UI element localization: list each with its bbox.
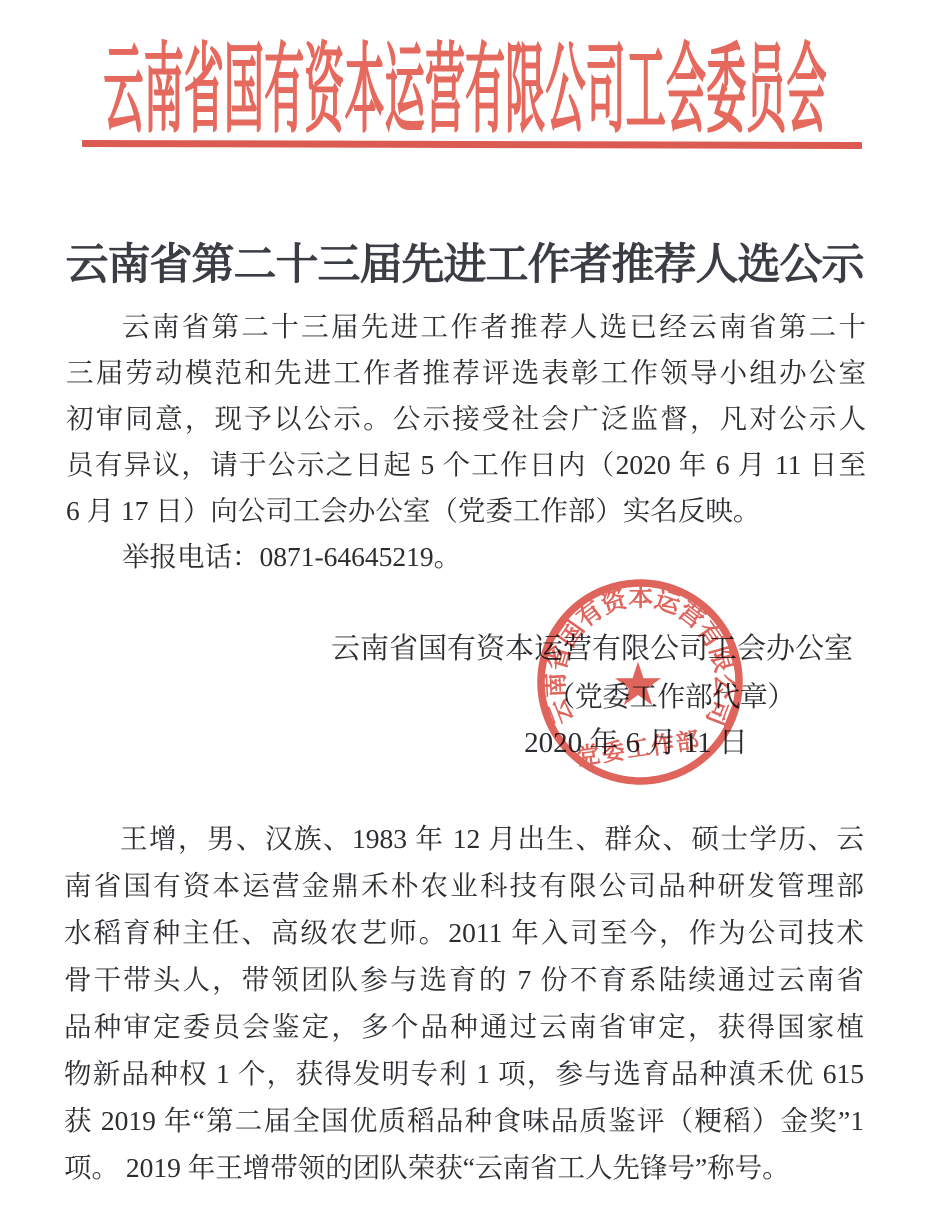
profile-paragraph: 王增，男、汉族、1983 年 12 月出生、群众、硕士学历、云 南省国有资本运营… [64,815,864,1191]
text-line: 物新品种权 1 个，获得发明专利 1 项，参与选育品种滇禾优 615 [64,1050,864,1097]
text-line: 品种审定委员会鉴定，多个品种通过云南省审定，获得国家植 [64,1003,864,1050]
notice-paragraph: 云南省第二十三届先进工作者推荐人选已经云南省第二十 三届劳动模范和先进工作者推荐… [66,304,866,580]
stamp-star-icon: ★ [611,652,665,718]
letterhead: 云南省国有资本运营有限公司工会委员会 [0,42,929,140]
text-line: 骨干带头人，带领团队参与选育的 7 份不育系陆续通过云南省 [64,956,864,1003]
document-page: 云南省国有资本运营有限公司工会委员会 云南省第二十三届先进工作者推荐人选公示 云… [0,0,929,1232]
text-line: 王增，男、汉族、1983 年 12 月出生、群众、硕士学历、云 [64,815,864,862]
text-line: 三届劳动模范和先进工作者推荐评选表彰工作领导小组办公室 [66,350,866,396]
text-line: 6 月 17 日）向公司工会办公室（党委工作部）实名反映。 [66,488,866,534]
text-line: 云南省第二十三届先进工作者推荐人选已经云南省第二十 [66,304,866,350]
text-line: 员有异议，请于公示之日起 5 个工作日内（2020 年 6 月 11 日至 [66,442,866,488]
text-line: 南省国有资本运营金鼎禾朴农业科技有限公司品种研发管理部 [64,862,864,909]
text-line: 水稻育种主任、高级农艺师。2011 年入司至今，作为公司技术 [64,909,864,956]
text-line: 获 2019 年“第二届全国优质稻品种食味品质鉴评（粳稻）金奖”1 [64,1097,864,1144]
stamp-bottom-text: 党委工作部 [575,727,702,770]
official-stamp: 云南省国有资本运营有限公司 ★ 党委工作部 [530,572,750,792]
letterhead-org-name: 云南省国有资本运营有限公司工会委员会 [103,42,826,140]
text-line: 项。 2019 年王增带领的团队荣获“云南省工人先锋号”称号。 [64,1144,864,1191]
document-title: 云南省第二十三届先进工作者推荐人选公示 [0,240,929,292]
letterhead-rule [82,140,862,149]
text-line: 初审同意，现予以公示。公示接受社会广泛监督，凡对公示人 [66,396,866,442]
